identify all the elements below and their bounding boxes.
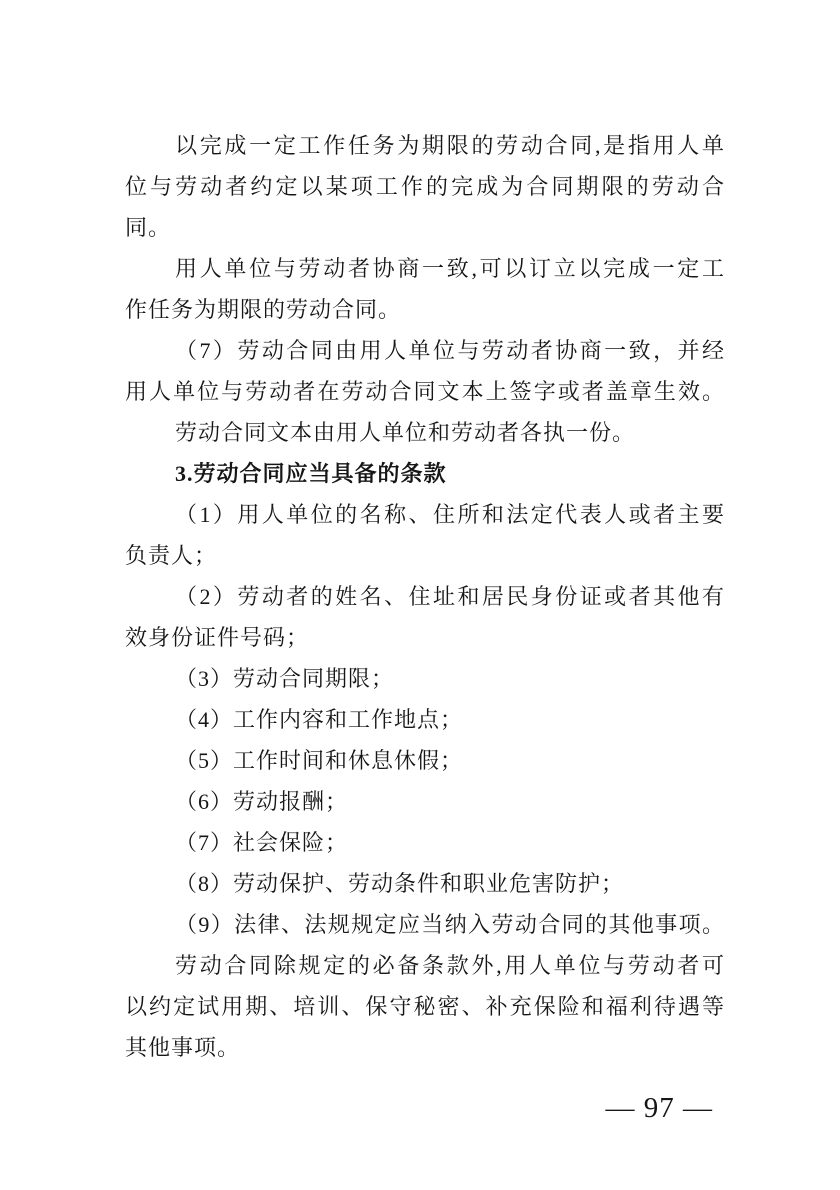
text-block: 以完成一定工作任务为期限的劳动合同,是指用人单位与劳动者约定以某项工作的完成为合… (125, 125, 725, 1068)
text-line: 位与劳动者约定以某项工作的完成为合同期限的劳动合 (125, 166, 725, 207)
book-page: 以完成一定工作任务为期限的劳动合同,是指用人单位与劳动者约定以某项工作的完成为合… (0, 0, 840, 1190)
text-line: 效身份证件号码； (125, 617, 725, 658)
text-line: （9）法律、法规规定应当纳入劳动合同的其他事项。 (125, 904, 725, 945)
text-line: （6）劳动报酬； (125, 781, 725, 822)
text-line: （1）用人单位的名称、住所和法定代表人或者主要 (125, 494, 725, 535)
text-line: 其他事项。 (125, 1027, 725, 1068)
section-heading: 3.劳动合同应当具备的条款 (125, 453, 725, 494)
text-line: （8）劳动保护、劳动条件和职业危害防护； (125, 863, 725, 904)
text-line: 以完成一定工作任务为期限的劳动合同,是指用人单 (125, 125, 725, 166)
text-line: 同。 (125, 207, 725, 248)
text-line: （7）劳动合同由用人单位与劳动者协商一致，并经 (125, 330, 725, 371)
text-line: 用人单位与劳动者协商一致,可以订立以完成一定工 (125, 248, 725, 289)
text-line: （5）工作时间和休息休假； (125, 740, 725, 781)
text-line: （3）劳动合同期限； (125, 658, 725, 699)
text-line: 以约定试用期、培训、保守秘密、补充保险和福利待遇等 (125, 986, 725, 1027)
text-line: 负责人； (125, 535, 725, 576)
text-line: 劳动合同文本由用人单位和劳动者各执一份。 (125, 412, 725, 453)
text-line: （4）工作内容和工作地点； (125, 699, 725, 740)
page-number: — 97 — (606, 1092, 714, 1124)
text-line: 劳动合同除规定的必备条款外,用人单位与劳动者可 (125, 945, 725, 986)
page-footer: — 97 — (606, 1091, 714, 1125)
text-line: 用人单位与劳动者在劳动合同文本上签字或者盖章生效。 (125, 371, 725, 412)
text-line: （7）社会保险； (125, 822, 725, 863)
text-line: 作任务为期限的劳动合同。 (125, 289, 725, 330)
text-line: （2）劳动者的姓名、住址和居民身份证或者其他有 (125, 576, 725, 617)
